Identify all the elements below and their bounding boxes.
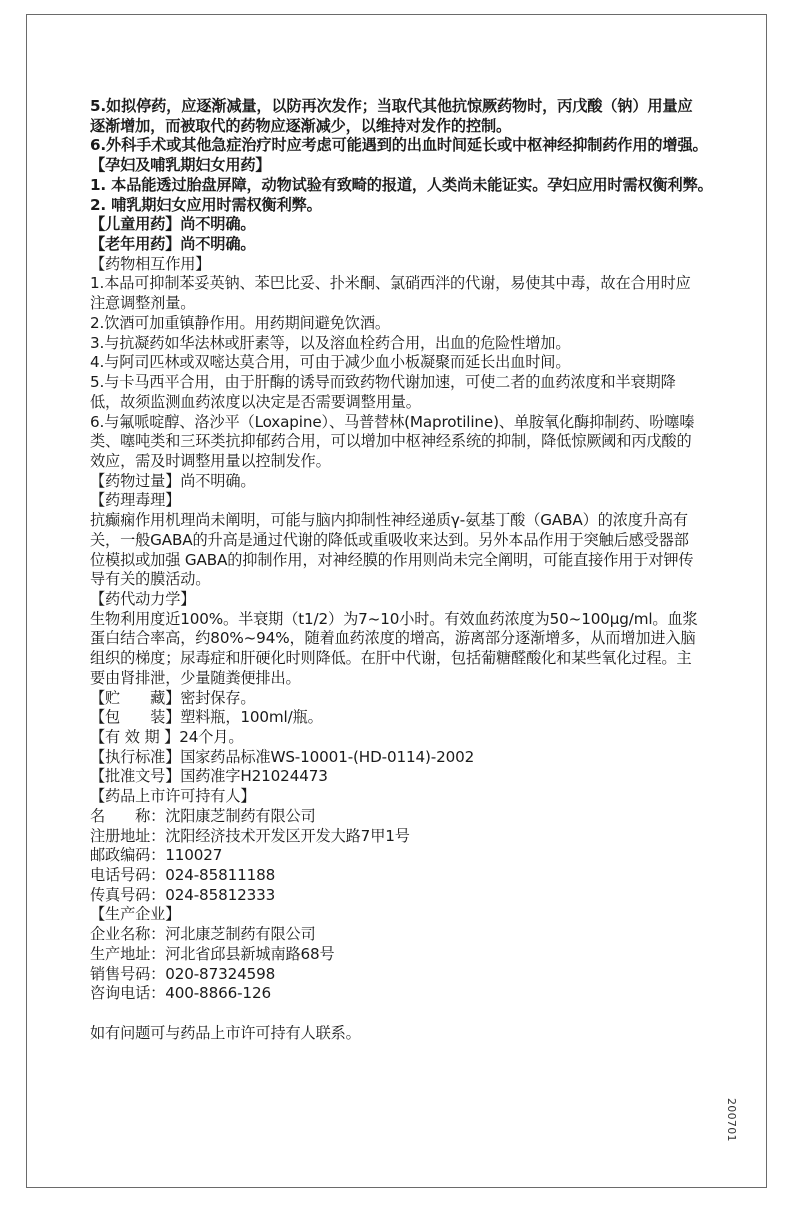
pharmacology-line-1: 抗癫痫作用机理尚未阐明，可能与脑内抑制性神经递质γ-氨基丁酸（GABA）的浓度升… (90, 511, 722, 531)
manufacturer-hotline: 咨询电话：400-8866-126 (90, 984, 722, 1004)
interaction-item-4: 4.与阿司匹林或双嘧达莫合用，可由于减少血小板凝聚而延长出血时间。 (90, 353, 722, 373)
pharmacokinetics-line-4: 要由肾排泄，少量随粪便排出。 (90, 669, 722, 689)
precaution-item-5-line-2: 逐渐增加，而被取代的药物应逐渐减少，以维持对发作的控制。 (90, 117, 722, 137)
pregnancy-item-2: 2. 哺乳期妇女应用时需权衡利弊。 (90, 196, 722, 216)
section-heading-mah: 【药品上市许可持有人】 (90, 787, 722, 807)
manufacturer-address: 生产地址：河北省邱县新城南路68号 (90, 945, 722, 965)
pregnancy-item-1: 1. 本品能透过胎盘屏障，动物试验有致畸的报道，人类尚未能证实。孕妇应用时需权衡… (90, 176, 722, 196)
precaution-item-5-line-1: 5.如拟停药，应逐渐减量，以防再次发作；当取代其他抗惊厥药物时，丙戊酸（钠）用量… (90, 97, 722, 117)
section-storage: 【贮 藏】密封保存。 (90, 689, 722, 709)
precaution-item-6: 6.外科手术或其他急症治疗时应考虑可能遇到的出血时间延长或中枢神经抑制药作用的增… (90, 136, 722, 156)
mah-fax: 传真号码：024-85812333 (90, 886, 722, 906)
interaction-item-6-line-1: 6.与氟哌啶醇、洛沙平（Loxapine）、马普替林(Maprotiline)、… (90, 413, 722, 433)
interaction-item-2: 2.饮酒可加重镇静作用。用药期间避免饮酒。 (90, 314, 722, 334)
manufacturer-sales-phone: 销售号码：020-87324598 (90, 965, 722, 985)
mah-phone: 电话号码：024-85811188 (90, 866, 722, 886)
section-heading-pharmacokinetics: 【药代动力学】 (90, 590, 722, 610)
mah-address: 注册地址：沈阳经济技术开发区开发大路7甲1号 (90, 827, 722, 847)
section-pediatric-use: 【儿童用药】尚不明确。 (90, 215, 722, 235)
section-heading-drug-interactions: 【药物相互作用】 (90, 255, 722, 275)
spacer (90, 1004, 722, 1024)
section-approval-number: 【批准文号】国药准字H21024473 (90, 767, 722, 787)
section-heading-pharmacology-toxicology: 【药理毒理】 (90, 491, 722, 511)
interaction-item-5-line-2: 低，故须监测血药浓度以决定是否需要调整用量。 (90, 393, 722, 413)
pharmacokinetics-line-3: 组织的梯度；尿毒症和肝硬化时则降低。在肝中代谢，包括葡糖醛酸化和某些氧化过程。主 (90, 649, 722, 669)
manufacturer-name: 企业名称：河北康芝制药有限公司 (90, 925, 722, 945)
section-overdose: 【药物过量】尚不明确。 (90, 472, 722, 492)
version-code: 200701 (725, 1098, 738, 1142)
interaction-item-5-line-1: 5.与卡马西平合用，由于肝酶的诱导而致药物代谢加速，可使二者的血药浓度和半衰期降 (90, 373, 722, 393)
pharmacokinetics-line-2: 蛋白结合率高，约80%~94%，随着血药浓度的增高，游离部分逐渐增多，从而增加进… (90, 629, 722, 649)
interaction-item-6-line-2: 类、噻吨类和三环类抗抑郁药合用，可以增加中枢神经系统的抑制，降低惊厥阈和丙戊酸的 (90, 432, 722, 452)
interaction-item-1-line-1: 1.本品可抑制苯妥英钠、苯巴比妥、扑米酮、氯硝西泮的代谢，易使其中毒，故在合用时… (90, 274, 722, 294)
pharmacokinetics-line-1: 生物利用度近100%。半衰期（t1/2）为7~10小时。有效血药浓度为50~10… (90, 610, 722, 630)
pharmacology-line-3: 位模拟或加强 GABA的抑制作用，对神经膜的作用则尚未完全阐明，可能直接作用于对… (90, 551, 722, 571)
interaction-item-1-line-2: 注意调整剂量。 (90, 294, 722, 314)
interaction-item-6-line-3: 效应，需及时调整用量以控制发作。 (90, 452, 722, 472)
section-heading-pregnancy-lactation: 【孕妇及哺乳期妇女用药】 (90, 156, 722, 176)
contact-note: 如有问题可与药品上市许可持有人联系。 (90, 1024, 722, 1044)
section-shelf-life: 【有 效 期 】24个月。 (90, 728, 722, 748)
package-insert-body: 5.如拟停药，应逐渐减量，以防再次发作；当取代其他抗惊厥药物时，丙戊酸（钠）用量… (90, 97, 722, 1044)
section-packaging: 【包 装】塑料瓶，100ml/瓶。 (90, 708, 722, 728)
section-standard: 【执行标准】国家药品标准WS-10001-(HD-0114)-2002 (90, 748, 722, 768)
section-geriatric-use: 【老年用药】尚不明确。 (90, 235, 722, 255)
section-heading-manufacturer: 【生产企业】 (90, 905, 722, 925)
mah-name: 名 称：沈阳康芝制药有限公司 (90, 807, 722, 827)
mah-postcode: 邮政编码：110027 (90, 846, 722, 866)
interaction-item-3: 3.与抗凝药如华法林或肝素等，以及溶血栓药合用，出血的危险性增加。 (90, 334, 722, 354)
pharmacology-line-2: 关，一般GABA的升高是通过代谢的降低或重吸收来达到。另外本品作用于突触后感受器… (90, 531, 722, 551)
pharmacology-line-4: 导有关的膜活动。 (90, 570, 722, 590)
